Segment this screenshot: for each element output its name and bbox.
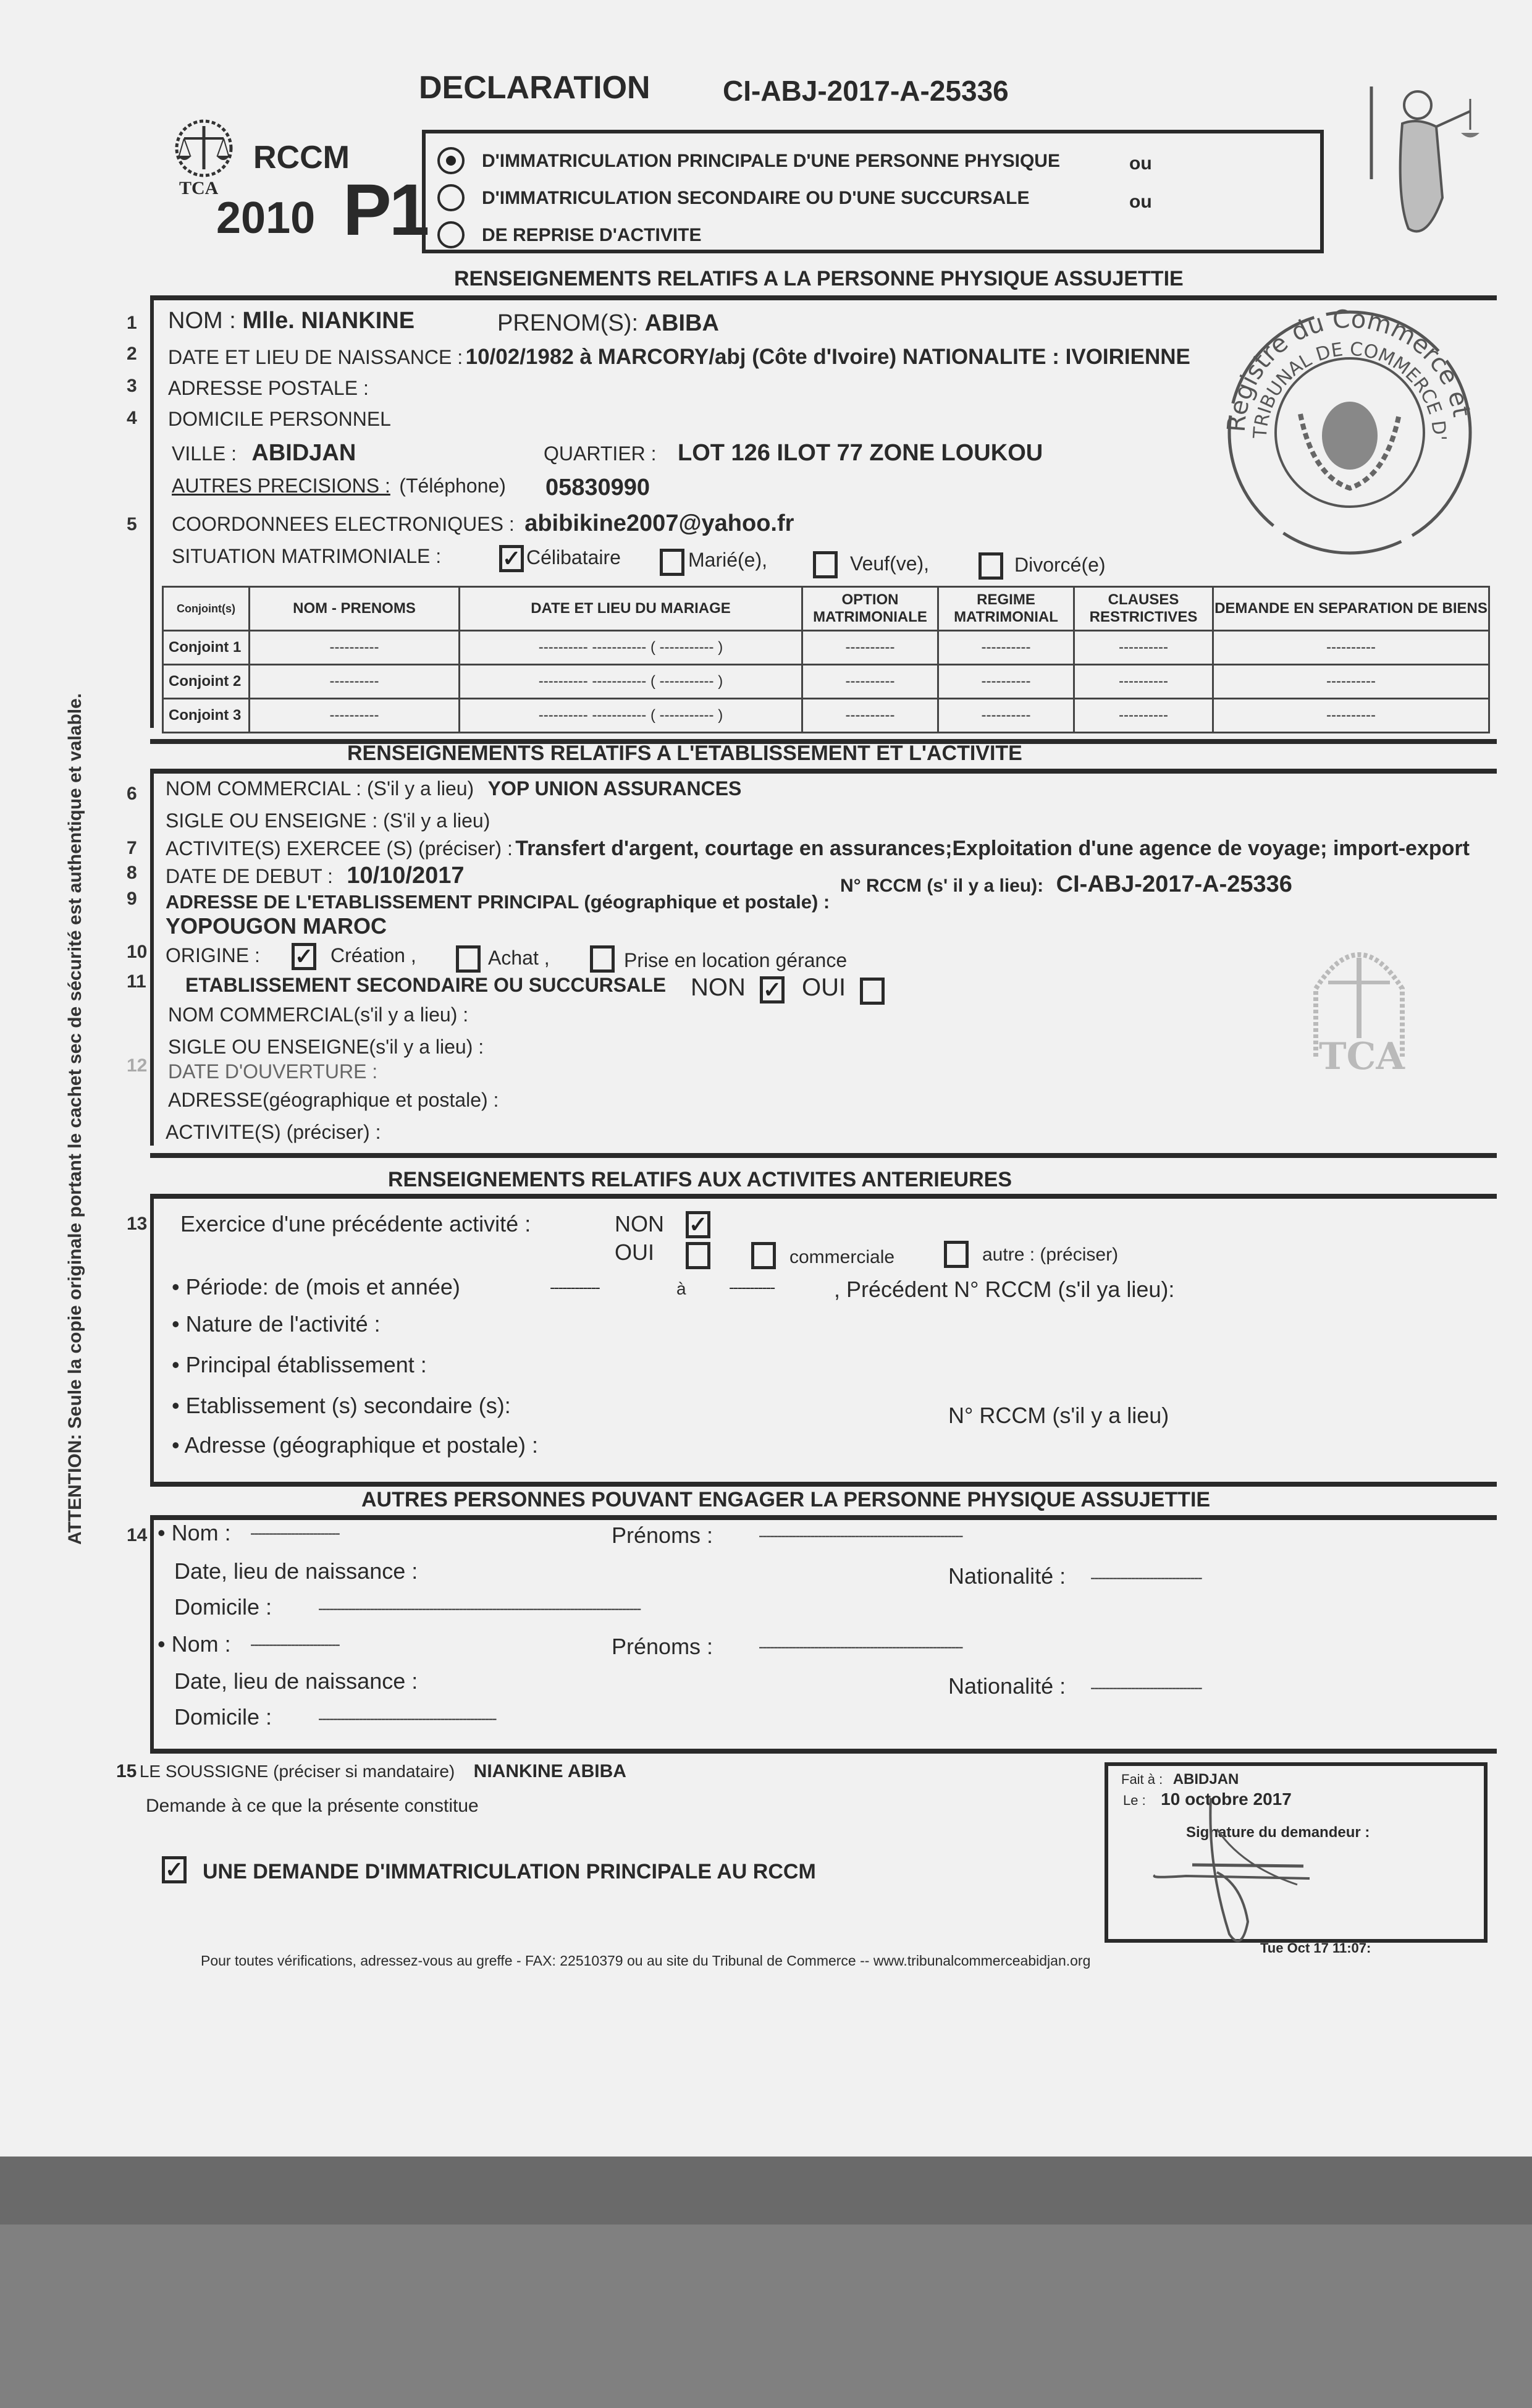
section-anterieures-title: RENSEIGNEMENTS RELATIFS AUX ACTIVITES AN… [388, 1168, 1012, 1192]
line-number: 1 [127, 313, 137, 334]
checkbox-secondaire-non[interactable]: ✓ [760, 976, 785, 1003]
sec-adresse-label: ADRESSE(géographique et postale) : [168, 1089, 499, 1112]
person-prenoms-label: Prénoms : [612, 1523, 713, 1548]
cell: Conjoint 1 [163, 631, 250, 665]
nom-value: Mlle. NIANKINE [242, 308, 415, 334]
sec-activites-label: ACTIVITE(S) (préciser) : [166, 1121, 381, 1144]
person-domicile-value: ----------------------------------------… [318, 1710, 496, 1728]
section-left-border [150, 295, 154, 728]
line-number: 3 [127, 376, 137, 397]
person-nom-label: • Nom : [158, 1631, 231, 1657]
person-nationalite-value: ------------------------------ [1090, 1569, 1202, 1587]
cell: ---------- [1213, 665, 1489, 699]
person-naissance-label: Date, lieu de naissance : [174, 1558, 418, 1584]
line-number: 2 [127, 344, 137, 365]
adresse-etablissement-label: ADRESSE DE L'ETABLISSEMENT PRINCIPAL (gé… [166, 891, 830, 913]
adresse-anterieure-label: • Adresse (géographique et postale) : [172, 1432, 538, 1458]
cell: ---------- [938, 665, 1074, 699]
option-marie: Marié(e), [688, 549, 767, 572]
quartier-value: LOT 126 ILOT 77 ZONE LOUKOU [678, 440, 1043, 466]
line-number: 15 [116, 1761, 137, 1781]
option-divorce: Divorcé(e) [1014, 554, 1106, 577]
radio-immatriculation-principale[interactable] [437, 147, 465, 174]
activites-label: ACTIVITE(S) EXERCEE (S) (préciser) : [166, 837, 513, 860]
demande-label: Demande à ce que la présente constitue [146, 1796, 479, 1817]
checkbox-anterieure-oui[interactable] [686, 1242, 710, 1269]
date-debut-value: 10/10/2017 [347, 863, 464, 889]
soussigne-label: LE SOUSSIGNE (préciser si mandataire) [140, 1762, 455, 1781]
scanned-form-page: ATTENTION: Seule la copie originale port… [0, 0, 1532, 2157]
checkbox-marie[interactable] [660, 549, 684, 576]
exercice-label: Exercice d'une précédente activité : [180, 1211, 531, 1237]
option-immatriculation-principale: D'IMMATRICULATION PRINCIPALE D'UNE PERSO… [482, 151, 1060, 172]
situation-label: SITUATION MATRIMONIALE : [172, 545, 441, 568]
section-divider [150, 1515, 1497, 1520]
secondaire-non-label: NON [691, 974, 746, 1002]
section-autres-personnes-title: AUTRES PERSONNES POUVANT ENGAGER LA PERS… [361, 1488, 1210, 1512]
form-title: DECLARATION [419, 69, 650, 106]
tribunal-seal-icon: Registre du Commerce et du Crédit Mobili… [1208, 290, 1492, 575]
oui-label: OUI [615, 1240, 654, 1265]
periode-a: à [676, 1279, 686, 1299]
checkbox-creation[interactable]: ✓ [292, 943, 316, 970]
svg-text:TCA: TCA [1319, 1035, 1405, 1075]
option-reprise-activite: DE REPRISE D'ACTIVITE [482, 225, 702, 246]
demande-option-label: UNE DEMANDE D'IMMATRICULATION PRINCIPALE… [203, 1860, 816, 1884]
scales-of-justice-icon: TCA [1307, 933, 1412, 1075]
column-header: CLAUSES RESTRICTIVES [1074, 587, 1213, 631]
line-number: 14 [127, 1525, 147, 1546]
cell: ---------- [250, 665, 460, 699]
section-left-border [150, 1194, 154, 1484]
ville-value: ABIDJAN [251, 440, 356, 466]
person-nationalite-value: ------------------------------ [1090, 1679, 1202, 1697]
option-veuf: Veuf(ve), [850, 552, 929, 575]
side-notice: ATTENTION: Seule la copie originale port… [65, 693, 86, 1545]
cell: Conjoint 3 [163, 699, 250, 733]
line-number: 9 [127, 889, 137, 910]
option-immatriculation-secondaire: D'IMMATRICULATION SECONDAIRE OU D'UNE SU… [482, 188, 1029, 209]
line-number: 12 [127, 1055, 147, 1076]
checkbox-autre[interactable] [944, 1241, 969, 1268]
section-left-border [150, 1515, 154, 1750]
section-divider [150, 1749, 1497, 1754]
le-label: Le : [1123, 1793, 1146, 1808]
option-location-gerance: Prise en location gérance [624, 949, 847, 972]
nom-label: NOM : [168, 308, 236, 334]
line-number: 7 [127, 838, 137, 859]
cell: ---------- [802, 665, 938, 699]
periode-label: • Période: de (mois et année) [172, 1274, 460, 1300]
person-nationalite-label: Nationalité : [948, 1563, 1066, 1589]
cell: ---------- [1074, 665, 1213, 699]
secondaire-label: ETABLISSEMENT SECONDAIRE OU SUCCURSALE [185, 974, 666, 997]
section-divider [150, 769, 1497, 774]
person-nom-label: • Nom : [158, 1520, 231, 1546]
checkbox-demande-immatriculation[interactable]: ✓ [162, 1856, 187, 1883]
sec-date-ouverture-label: DATE D'OUVERTURE : [168, 1060, 377, 1083]
column-header: REGIME MATRIMONIAL [938, 587, 1074, 631]
person-prenoms-value: ----------------------------------------… [759, 1639, 962, 1656]
nom-commercial-value: YOP UNION ASSURANCES [488, 777, 742, 800]
checkbox-achat[interactable] [456, 945, 481, 973]
option-celibataire: Célibataire [526, 546, 621, 569]
table-row: Conjoint 2 ---------- ---------- -------… [163, 665, 1489, 699]
telephone-value: 05830990 [545, 475, 650, 501]
form-code: P1 [343, 168, 427, 252]
cell: ---------- ----------- ( ----------- ) [460, 631, 802, 665]
option-creation: Création , [330, 944, 416, 967]
line-number: 11 [127, 971, 146, 992]
person-nom-value: ------------------------ [250, 1636, 339, 1654]
sec-nom-commercial-label: NOM COMMERCIAL(s'il y a lieu) : [168, 1003, 468, 1026]
soussigne-value: NIANKINE ABIBA [474, 1761, 626, 1781]
section-divider [150, 1194, 1497, 1199]
conjoints-table: Conjoint(s) NOM - PRENOMS DATE ET LIEU D… [162, 586, 1490, 733]
fait-a-label: Fait à : [1121, 1772, 1163, 1787]
checkbox-anterieure-non[interactable]: ✓ [686, 1211, 710, 1238]
cell: ---------- [250, 631, 460, 665]
prenom-value: ABIBA [645, 310, 719, 336]
secondaires-label: • Etablissement (s) secondaire (s): [172, 1393, 511, 1419]
cell: ---------- ----------- ( ----------- ) [460, 665, 802, 699]
tca-watermark: TCA [1307, 933, 1412, 1075]
checkbox-divorce[interactable] [979, 552, 1003, 580]
form-year: 2010 [216, 193, 315, 243]
checkbox-veuf[interactable] [813, 551, 838, 578]
form-code-prefix: RCCM [253, 139, 350, 176]
quartier-label: QUARTIER : [544, 442, 657, 465]
nom-commercial-label: NOM COMMERCIAL : (S'il y a lieu) [166, 777, 474, 800]
section-divider [150, 1482, 1497, 1487]
checkbox-secondaire-oui[interactable] [860, 978, 885, 1005]
precedent-rccm-label: , Précédent N° RCCM (s'il ya lieu): [834, 1277, 1174, 1303]
origine-label: ORIGINE : [166, 944, 260, 967]
column-header: DEMANDE EN SEPARATION DE BIENS [1213, 587, 1489, 631]
email-value: abibikine2007@yahoo.fr [524, 510, 794, 536]
rccm-label: N° RCCM (s' il y a lieu): [840, 876, 1043, 896]
cell: ---------- [938, 699, 1074, 733]
column-header: OPTION MATRIMONIALE [802, 587, 938, 631]
anterieure-rccm-label: N° RCCM (s'il y a lieu) [948, 1403, 1169, 1429]
person-prenoms-label: Prénoms : [612, 1634, 713, 1660]
line-number: 6 [127, 784, 137, 805]
cell: ---------- [1213, 699, 1489, 733]
line-number: 10 [127, 942, 147, 963]
scanner-shadow-band [0, 2157, 1532, 2224]
lady-justice-illustration [1359, 74, 1483, 260]
adresse-etablissement-value: YOPOUGON MAROC [166, 913, 387, 939]
email-label: COORDONNEES ELECTRONIQUES : [172, 513, 515, 535]
cell: ---------- [1074, 699, 1213, 733]
autre-label: autre : (préciser) [982, 1244, 1118, 1265]
option-suffix-ou: ou [1129, 153, 1152, 174]
adresse-postale-label: ADRESSE POSTALE : [168, 377, 369, 400]
sigle-label: SIGLE OU ENSEIGNE : (S'il y a lieu) [166, 809, 490, 832]
section-personne-title: RENSEIGNEMENTS RELATIFS A LA PERSONNE PH… [454, 267, 1184, 291]
checkbox-commerciale[interactable] [751, 1242, 776, 1269]
section-left-border [150, 769, 154, 1146]
cell: ---------- [1213, 631, 1489, 665]
domicile-label: DOMICILE PERSONNEL [168, 408, 391, 431]
autres-precisions-label: AUTRES PRECISIONS : [172, 475, 390, 497]
handwritten-signature [1149, 1792, 1334, 1953]
cell: ---------- ----------- ( ----------- ) [460, 699, 802, 733]
non-label: NON [615, 1211, 664, 1237]
naissance-label: DATE ET LIEU DE NAISSANCE : [168, 346, 463, 368]
line-number: 4 [127, 408, 137, 429]
footer-verification-text: Pour toutes vérifications, adressez-vous… [201, 1953, 1090, 1969]
section-etablissement-title: RENSEIGNEMENTS RELATIFS A L'ETABLISSEMEN… [347, 741, 1022, 766]
rccm-value: CI-ABJ-2017-A-25336 [1056, 871, 1292, 897]
cell: ---------- [802, 699, 938, 733]
cell: ---------- [1074, 631, 1213, 665]
table-row: Conjoint 3 ---------- ---------- -------… [163, 699, 1489, 733]
periode-to: ----------- [729, 1278, 774, 1297]
column-header: NOM - PRENOMS [250, 587, 460, 631]
print-timestamp: Tue Oct 17 11:07: [1260, 1940, 1371, 1956]
line-number: 5 [127, 514, 137, 535]
prenom-label: PRENOM(S): [497, 310, 638, 336]
nature-label: • Nature de l'activité : [172, 1311, 381, 1337]
line-number: 8 [127, 863, 137, 884]
line-number: 13 [127, 1214, 147, 1235]
lady-justice-icon [1359, 74, 1483, 260]
cell: Conjoint 2 [163, 665, 250, 699]
person-nationalite-label: Nationalité : [948, 1673, 1066, 1699]
secondaire-oui-label: OUI [802, 974, 846, 1002]
person-domicile-label: Domicile : [174, 1594, 272, 1620]
person-naissance-label: Date, lieu de naissance : [174, 1668, 418, 1694]
radio-reprise-activite[interactable] [437, 221, 465, 248]
column-header: Conjoint(s) [163, 587, 250, 631]
person-nom-value: ------------------------ [250, 1525, 339, 1542]
commerciale-label: commerciale [789, 1247, 894, 1268]
telephone-label: (Téléphone) [399, 475, 506, 497]
checkbox-location-gerance[interactable] [590, 945, 615, 973]
signature-scribble-icon [1149, 1792, 1334, 1953]
periode-from: ------------ [550, 1278, 599, 1297]
person-domicile-label: Domicile : [174, 1704, 272, 1730]
option-suffix-ou: ou [1129, 192, 1152, 213]
tca-logo-label: TCA [179, 178, 218, 199]
ville-label: VILLE : [172, 442, 237, 465]
date-debut-label: DATE DE DEBUT : [166, 865, 333, 887]
fait-a-value: ABIDJAN [1173, 1771, 1239, 1788]
cell: ---------- [250, 699, 460, 733]
table-row: Conjoint 1 ---------- ---------- -------… [163, 631, 1489, 665]
column-header: DATE ET LIEU DU MARIAGE [460, 587, 802, 631]
section-divider [150, 1153, 1497, 1158]
radio-immatriculation-secondaire[interactable] [437, 184, 465, 211]
cell: ---------- [938, 631, 1074, 665]
naissance-value: 10/02/1982 à MARCORY/abj (Côte d'Ivoire)… [466, 345, 1190, 369]
principal-label: • Principal établissement : [172, 1352, 427, 1378]
sec-sigle-label: SIGLE OU ENSEIGNE(s'il y a lieu) : [168, 1036, 484, 1058]
form-reference: CI-ABJ-2017-A-25336 [723, 74, 1009, 108]
official-seal: Registre du Commerce et du Crédit Mobili… [1208, 290, 1492, 575]
checkbox-celibataire[interactable]: ✓ [499, 545, 524, 572]
person-prenoms-value: ----------------------------------------… [759, 1527, 962, 1545]
option-achat: Achat , [488, 947, 550, 970]
table-header-row: Conjoint(s) NOM - PRENOMS DATE ET LIEU D… [163, 587, 1489, 631]
cell: ---------- [802, 631, 938, 665]
person-domicile-value: ----------------------------------------… [318, 1600, 640, 1618]
activites-value: Transfert d'argent, courtage en assuranc… [515, 837, 1470, 860]
